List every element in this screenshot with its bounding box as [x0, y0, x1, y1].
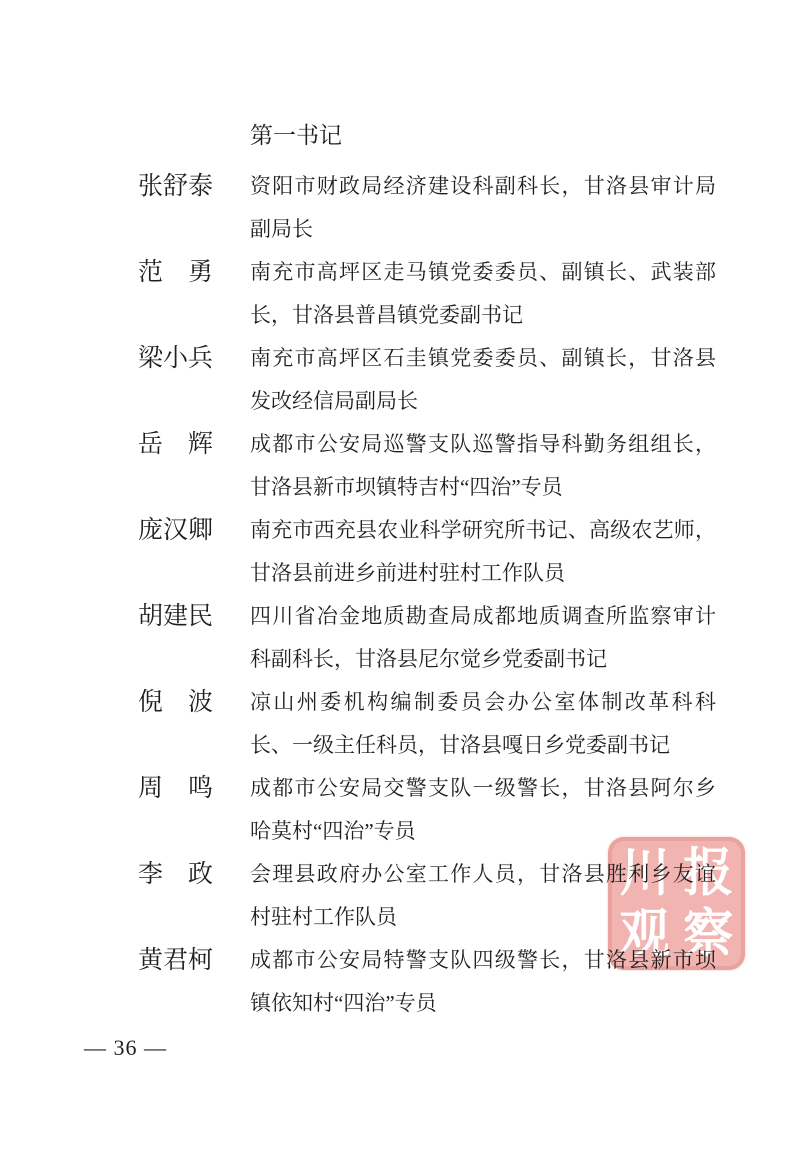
section-heading: 第一书记 — [250, 114, 716, 157]
roster-row: 胡建民四川省冶金地质勘查局成都地质调查所监察审计科副科长，甘洛县尼尔觉乡党委副书… — [138, 595, 716, 681]
person-position: 南充市西充县农业科学研究所书记、高级农艺师，甘洛县前进乡前进村驻村工作队员 — [250, 509, 716, 595]
position-line: 发改经信局副局长 — [250, 380, 716, 423]
person-position: 会理县政府办公室工作人员，甘洛县胜利乡友谊村驻村工作队员 — [250, 853, 716, 939]
roster-list: 张舒泰资阳市财政局经济建设科副科长，甘洛县审计局副局长范 勇南充市高坪区走马镇党… — [138, 165, 716, 1025]
position-line: 资阳市财政局经济建设科副科长，甘洛县审计局 — [250, 165, 716, 208]
person-position: 成都市公安局交警支队一级警长，甘洛县阿尔乡哈莫村“四治”专员 — [250, 767, 716, 853]
position-line: 南充市高坪区石圭镇党委委员、副镇长，甘洛县 — [250, 337, 716, 380]
roster-row: 范 勇南充市高坪区走马镇党委委员、副镇长、武装部长，甘洛县普昌镇党委副书记 — [138, 251, 716, 337]
roster-row: 周 鸣成都市公安局交警支队一级警长，甘洛县阿尔乡哈莫村“四治”专员 — [138, 767, 716, 853]
roster-row: 庞汉卿南充市西充县农业科学研究所书记、高级农艺师，甘洛县前进乡前进村驻村工作队员 — [138, 509, 716, 595]
person-name: 李 政 — [138, 853, 250, 939]
person-name: 张舒泰 — [138, 165, 250, 251]
person-position: 南充市高坪区走马镇党委委员、副镇长、武装部长，甘洛县普昌镇党委副书记 — [250, 251, 716, 337]
person-position: 资阳市财政局经济建设科副科长，甘洛县审计局副局长 — [250, 165, 716, 251]
roster-row: 张舒泰资阳市财政局经济建设科副科长，甘洛县审计局副局长 — [138, 165, 716, 251]
position-line: 科副科长，甘洛县尼尔觉乡党委副书记 — [250, 638, 716, 681]
page-number: — 36 — — [84, 1034, 167, 1062]
person-name: 庞汉卿 — [138, 509, 250, 595]
roster-row: 梁小兵南充市高坪区石圭镇党委委员、副镇长，甘洛县发改经信局副局长 — [138, 337, 716, 423]
position-line: 甘洛县前进乡前进村驻村工作队员 — [250, 552, 716, 595]
position-line: 南充市西充县农业科学研究所书记、高级农艺师， — [250, 509, 716, 552]
roster-row: 倪 波凉山州委机构编制委员会办公室体制改革科科长、一级主任科员，甘洛县嘎日乡党委… — [138, 681, 716, 767]
person-position: 凉山州委机构编制委员会办公室体制改革科科长、一级主任科员，甘洛县嘎日乡党委副书记 — [250, 681, 716, 767]
person-position: 成都市公安局特警支队四级警长，甘洛县新市坝镇依知村“四治”专员 — [250, 939, 716, 1025]
position-line: 副局长 — [250, 208, 716, 251]
document-page: 川报观察 第一书记 张舒泰资阳市财政局经济建设科副科长，甘洛县审计局副局长范 勇… — [0, 0, 800, 1162]
position-line: 哈莫村“四治”专员 — [250, 810, 716, 853]
position-line: 长，甘洛县普昌镇党委副书记 — [250, 294, 716, 337]
document-body: 第一书记 张舒泰资阳市财政局经济建设科副科长，甘洛县审计局副局长范 勇南充市高坪… — [138, 114, 716, 1025]
person-name: 黄君柯 — [138, 939, 250, 1025]
person-name: 岳 辉 — [138, 423, 250, 509]
position-line: 长、一级主任科员，甘洛县嘎日乡党委副书记 — [250, 724, 716, 767]
roster-row: 李 政会理县政府办公室工作人员，甘洛县胜利乡友谊村驻村工作队员 — [138, 853, 716, 939]
position-line: 村驻村工作队员 — [250, 896, 716, 939]
person-name: 胡建民 — [138, 595, 250, 681]
person-name: 倪 波 — [138, 681, 250, 767]
person-name: 范 勇 — [138, 251, 250, 337]
person-name: 梁小兵 — [138, 337, 250, 423]
person-name: 周 鸣 — [138, 767, 250, 853]
roster-row: 岳 辉成都市公安局巡警支队巡警指导科勤务组组长，甘洛县新市坝镇特吉村“四治”专员 — [138, 423, 716, 509]
position-line: 镇依知村“四治”专员 — [250, 982, 716, 1025]
position-line: 凉山州委机构编制委员会办公室体制改革科科 — [250, 681, 716, 724]
position-line: 成都市公安局巡警支队巡警指导科勤务组组长， — [250, 423, 716, 466]
position-line: 南充市高坪区走马镇党委委员、副镇长、武装部 — [250, 251, 716, 294]
position-line: 成都市公安局特警支队四级警长，甘洛县新市坝 — [250, 939, 716, 982]
person-position: 成都市公安局巡警支队巡警指导科勤务组组长，甘洛县新市坝镇特吉村“四治”专员 — [250, 423, 716, 509]
position-line: 成都市公安局交警支队一级警长，甘洛县阿尔乡 — [250, 767, 716, 810]
position-line: 甘洛县新市坝镇特吉村“四治”专员 — [250, 466, 716, 509]
person-position: 南充市高坪区石圭镇党委委员、副镇长，甘洛县发改经信局副局长 — [250, 337, 716, 423]
person-position: 四川省冶金地质勘查局成都地质调查所监察审计科副科长，甘洛县尼尔觉乡党委副书记 — [250, 595, 716, 681]
position-line: 会理县政府办公室工作人员，甘洛县胜利乡友谊 — [250, 853, 716, 896]
roster-row: 黄君柯成都市公安局特警支队四级警长，甘洛县新市坝镇依知村“四治”专员 — [138, 939, 716, 1025]
position-line: 四川省冶金地质勘查局成都地质调查所监察审计 — [250, 595, 716, 638]
